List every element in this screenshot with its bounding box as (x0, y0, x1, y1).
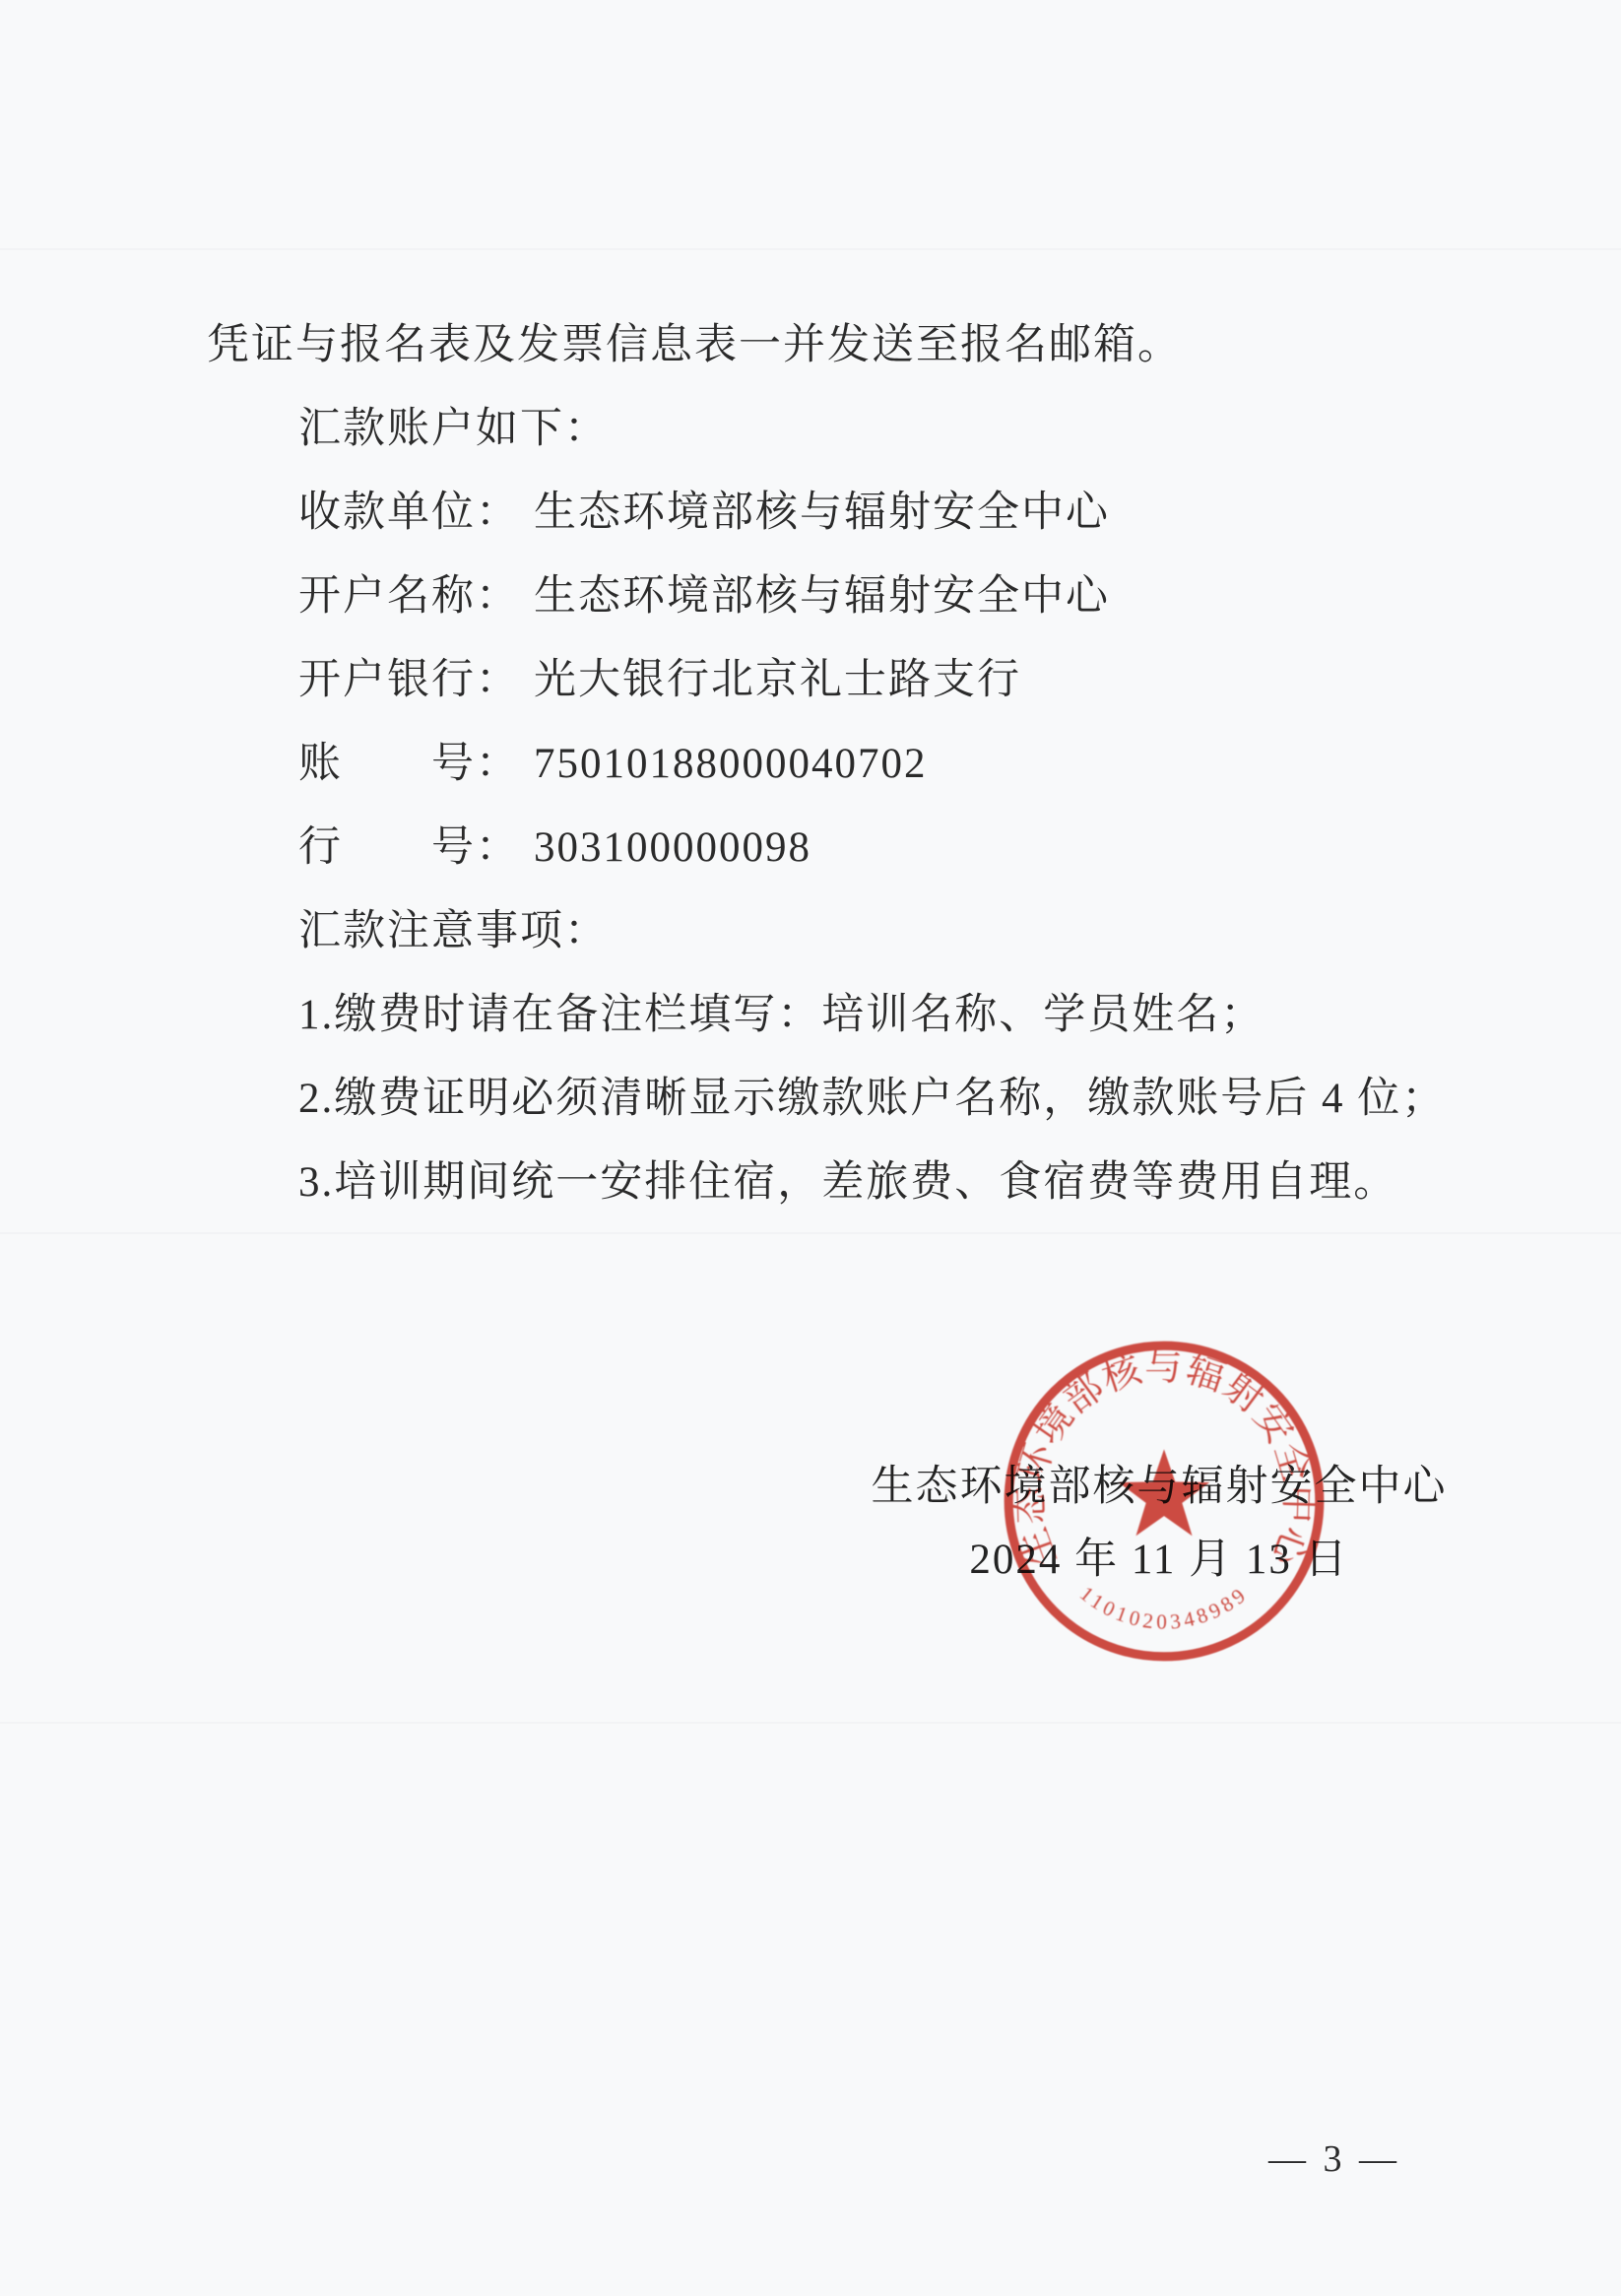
seal-number: 1101020348989 (1075, 1582, 1253, 1634)
scan-artifact-line (0, 1722, 1621, 1724)
account-value: 生态环境部核与辐射安全中心 (534, 573, 1110, 620)
scan-artifact-line (0, 1232, 1621, 1234)
account-value: 光大银行北京礼士路支行 (534, 657, 1021, 703)
remittance-account-heading: 汇款账户如下： (0, 387, 1621, 471)
scan-artifact-line (0, 248, 1621, 250)
account-label: 收款单位： (298, 490, 520, 536)
scanned-document-page: 凭证与报名表及发票信息表一并发送至报名邮箱。 汇款账户如下： 收款单位：生态环境… (0, 0, 1621, 2296)
note-item-2: 2.缴费证明必须清晰显示缴款账户名称，缴款账号后 4 位； (0, 1057, 1621, 1141)
account-label: 账 号： (298, 741, 520, 787)
account-label: 行 号： (298, 824, 520, 871)
notes-heading: 汇款注意事项： (0, 889, 1621, 973)
account-row-bank: 开户银行：光大银行北京礼士路支行 (0, 638, 1621, 722)
document-body: 凭证与报名表及发票信息表一并发送至报名邮箱。 汇款账户如下： 收款单位：生态环境… (0, 303, 1621, 1224)
page-number: — 3 — (1236, 2137, 1433, 2181)
star-icon (1119, 1449, 1209, 1536)
official-seal: 生态环境部核与辐射安全中心 1101020348989 (995, 1332, 1333, 1671)
account-value: 生态环境部核与辐射安全中心 (534, 490, 1110, 536)
account-value: 75010188000040702 (534, 741, 928, 787)
account-label: 开户银行： (298, 657, 520, 703)
svg-text:1101020348989: 1101020348989 (1075, 1582, 1253, 1634)
account-value: 303100000098 (534, 824, 811, 871)
account-row-bank-number: 行 号：303100000098 (0, 806, 1621, 889)
account-row-account-number: 账 号：75010188000040702 (0, 722, 1621, 806)
account-row-holder-name: 开户名称：生态环境部核与辐射安全中心 (0, 555, 1621, 638)
note-item-1: 1.缴费时请在备注栏填写：培训名称、学员姓名； (0, 973, 1621, 1057)
top-paragraph: 凭证与报名表及发票信息表一并发送至报名邮箱。 (0, 303, 1621, 387)
account-row-payee: 收款单位：生态环境部核与辐射安全中心 (0, 471, 1621, 555)
note-item-3: 3.培训期间统一安排住宿，差旅费、食宿费等费用自理。 (0, 1141, 1621, 1224)
account-label: 开户名称： (298, 573, 520, 620)
